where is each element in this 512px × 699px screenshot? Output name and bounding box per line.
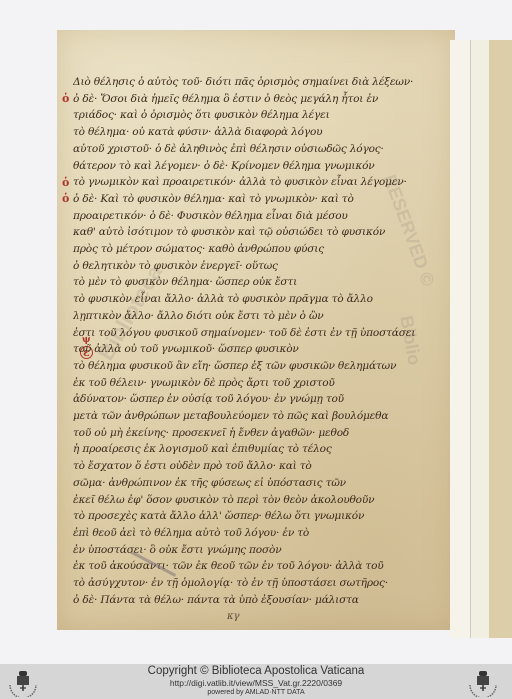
- text-line: ἐκ τοῦ ἀκούσαντι· τῶν ἐκ θεοῦ τῶν ἐν τοῦ…: [73, 558, 443, 575]
- manuscript-url[interactable]: http://digi.vatlib.it/view/MSS_Vat.gr.22…: [0, 678, 512, 688]
- text-line: τὸ ἀσύγχυτον· ἐν τῇ ὁμολογίᾳ· τὸ ἐν τῇ ὑ…: [73, 575, 443, 592]
- text-line: Διὸ θέλησις ὁ αὐτὸς τοῦ· διότι πᾶς ὁρισμ…: [73, 74, 443, 91]
- adjacent-leaf: [489, 40, 512, 638]
- text-line: τὸ προσεχὲς κατὰ ἄλλο ἀλλ' ὥσπερ· θέλω ὅ…: [73, 508, 443, 525]
- text-line: τριάδος· καὶ ὁ ὁρισμὸς ὅτι φυσικὸν θέλημ…: [73, 107, 443, 124]
- text-line: ὁ δὲ· Πάντα τὰ θέλω· πάντα τὰ ὑπὸ ἐξουσί…: [73, 592, 443, 609]
- margin-rubric: ὁ: [62, 92, 69, 105]
- text-line: τοῦ οὐ μὴ ἐκείνης· προσεκνεῖ ἡ ἔνθεν ἀγα…: [73, 425, 443, 442]
- text-line: τὸ θέλημα· οὐ κατὰ φύσιν· ἀλλὰ διαφορὰ λ…: [73, 124, 443, 141]
- text-line: ἐκ τοῦ θέλειν· γνωμικὸν δὲ πρὸς ἄρτι τοῦ…: [73, 375, 443, 392]
- margin-rubric: ὁ: [62, 192, 69, 205]
- text-line: τοῦ ἀλλὰ οὐ τοῦ γνωμικοῦ· ὥσπερ φυσικὸν: [73, 341, 443, 358]
- text-line: τὸ θέλημα φυσικοῦ ἂν εἴη· ὥσπερ ἐξ τῶν φ…: [73, 358, 443, 375]
- text-line: τὸ φυσικὸν εἶναι ἄλλο· ἀλλὰ τὸ φυσικὸν π…: [73, 291, 443, 308]
- vatican-library-seal-icon: [6, 667, 40, 697]
- text-line: ὁ δὲ· Καὶ τὸ φυσικὸν θέλημα· καὶ τὸ γνωμ…: [73, 191, 443, 208]
- binding-strip: [450, 40, 471, 638]
- vatican-library-seal-icon: [466, 667, 500, 697]
- text-line: πρὸς τὸ μέτρον σώματος· καθὸ ἀνθρώπου φύ…: [73, 241, 443, 258]
- copyright-footer: Copyright © Biblioteca Apostolica Vatica…: [0, 664, 512, 699]
- text-line: τὸ γνωμικὸν καὶ προαιρετικόν· ἀλλὰ τὸ φυ…: [73, 174, 443, 191]
- text-line: ὁ δὲ· Ὅσοι διὰ ἡμεῖς θέλημα ὃ ἐστιν ὁ θε…: [73, 91, 443, 108]
- text-line: ὁ θελητικὸν τὸ φυσικὸν ἐνεργεῖ· οὕτως: [73, 258, 443, 275]
- powered-by-text: powered by AMLAD·NTT DATA: [0, 688, 512, 698]
- text-line: τὸ μὲν τὸ φυσικὸν θέλημα· ὥσπερ οὐκ ἔστι: [73, 274, 443, 291]
- text-line: μετὰ τῶν ἀνθρώπων μεταβουλεύομεν τὸ πῶς …: [73, 408, 443, 425]
- text-line: προαιρετικόν· ὁ δὲ· Φυσικὸν θέλημα εἶναι…: [73, 208, 443, 225]
- copyright-text: Copyright © Biblioteca Apostolica Vatica…: [0, 665, 512, 678]
- text-line: ἐστι τοῦ λόγου φυσικοῦ σημαίνομεν· τοῦ δ…: [73, 325, 443, 342]
- text-line: θάτερον τὸ καὶ λέγομεν· ὁ δὲ· Κρίνομεν θ…: [73, 158, 443, 175]
- text-line: ἡ προαίρεσις ἐκ λογισμοῦ καὶ ἐπιθυμίας τ…: [73, 441, 443, 458]
- manuscript-viewer[interactable]: Biblioteca RESERVED © Biblio ὁ ὁ ὁ ψ ε Δ…: [0, 0, 512, 664]
- text-line: ἐπὶ θεοῦ ἀεὶ τὸ θέλημα αὐτὸ τοῦ λόγου· ἐ…: [73, 525, 443, 542]
- text-line: καθ' αὑτὸ ἰσότιμον τὸ φυσικὸν καὶ τῷ οὐσ…: [73, 224, 443, 241]
- text-line: σῶμα· ἀνθρώπινον ἐκ τῆς φύσεως εἰ ὑπόστα…: [73, 475, 443, 492]
- text-line: λῃπτικὸν ἄλλο· ἄλλο διότι οὐκ ἔστι τὸ μὲ…: [73, 308, 443, 325]
- text-line: ἀδύνατον· ὥσπερ ἐν οὐσίᾳ τοῦ λόγου· ἐν γ…: [73, 391, 443, 408]
- text-line: τὸ ἔσχατον ὅ ἐστι οὐδὲν πρὸ τοῦ ἄλλο· κα…: [73, 458, 443, 475]
- text-line: αὐτοῦ χριστοῦ· ὁ δὲ ἀληθινὸς ἐπὶ θέλησιν…: [73, 141, 443, 158]
- binding-strip-inner: [471, 40, 489, 638]
- folio-mark: κγ: [227, 611, 240, 622]
- manuscript-text: Διὸ θέλησις ὁ αὐτὸς τοῦ· διότι πᾶς ὁρισμ…: [73, 74, 443, 609]
- margin-rubric: ὁ: [62, 176, 69, 189]
- text-line: ἐκεῖ θέλω ἐφ' ὅσον φυσικὸν τὸ περὶ τὸν θ…: [73, 492, 443, 509]
